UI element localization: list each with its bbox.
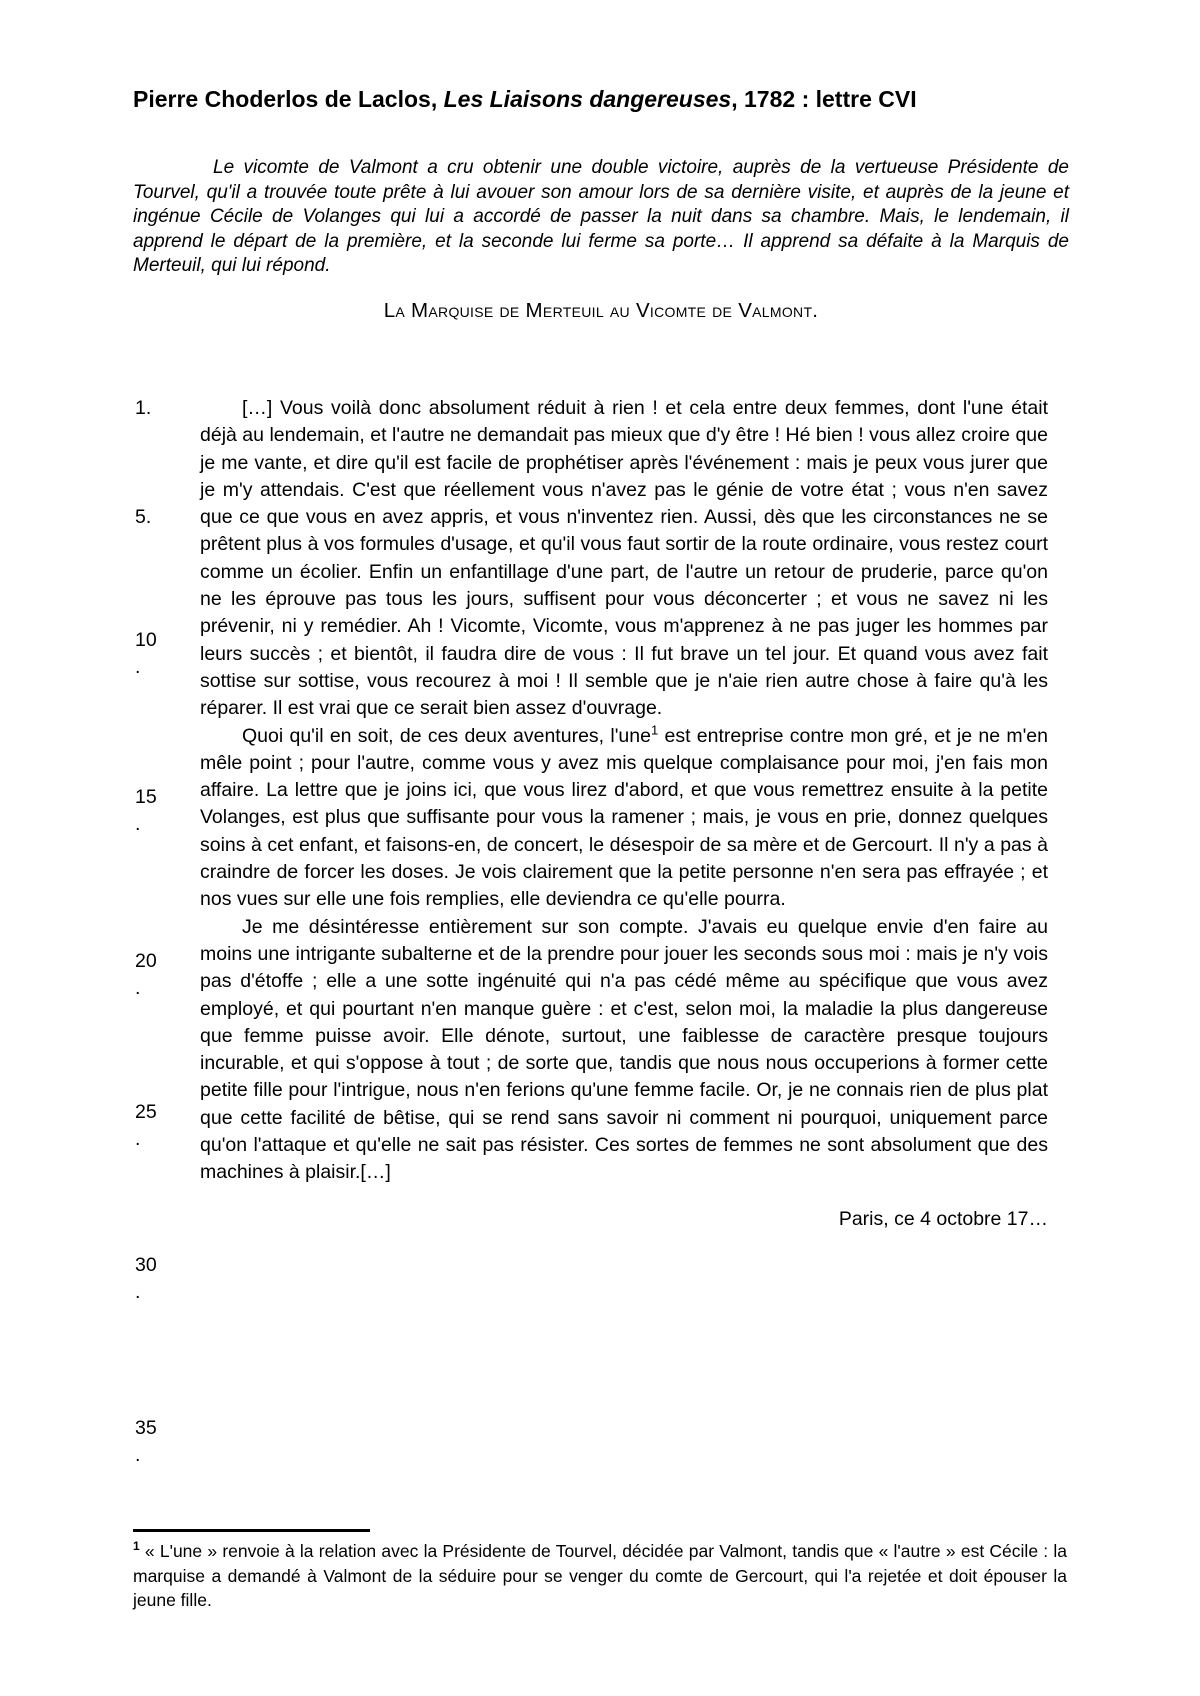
paragraph-2-before-note: Quoi qu'il en soit, de ces deux aventure… — [242, 725, 651, 747]
line-number-15: 15. — [135, 784, 157, 839]
line-number-10: 10. — [135, 627, 157, 682]
line-number-20: 20. — [135, 948, 157, 1003]
letter-text-column: […] Vous voilà donc absolument réduit à … — [200, 395, 1048, 1233]
introduction-paragraph: Le vicomte de Valmont a cru obtenir une … — [133, 156, 1069, 279]
title-work: Les Liaisons dangereuses — [444, 86, 732, 112]
title-rest: , 1782 : lettre CVI — [731, 86, 916, 112]
line-number-5: 5. — [135, 504, 151, 531]
line-number-35: 35. — [135, 1415, 157, 1470]
footnote-separator-rule — [133, 1529, 370, 1532]
footnote: 1 « L'une » renvoie à la relation avec l… — [133, 1539, 1067, 1613]
footnote-number: 1 — [133, 1539, 140, 1553]
page-title: Pierre Choderlos de Laclos, Les Liaisons… — [133, 86, 1073, 113]
footnote-text: « L'une » renvoie à la relation avec la … — [133, 1541, 1067, 1610]
title-author: Pierre Choderlos de Laclos, — [133, 86, 444, 112]
paragraph-2-after-note: est entreprise contre mon gré, et je ne … — [200, 725, 1048, 911]
document-page: { "title": { "author": "Pierre Choderlos… — [0, 0, 1200, 1696]
line-number-25: 25. — [135, 1099, 157, 1154]
letter-heading: La Marquise de Merteuil au Vicomte de Va… — [133, 299, 1069, 323]
line-number-gutter: 1. 5. 10. 15. 20. 25. 30. 35. — [133, 395, 197, 1495]
paragraph-2: Quoi qu'il en soit, de ces deux aventure… — [200, 723, 1048, 914]
paragraph-1: […] Vous voilà donc absolument réduit à … — [200, 395, 1048, 723]
dateline: Paris, ce 4 octobre 17… — [200, 1206, 1048, 1233]
line-number-1: 1. — [135, 395, 151, 422]
paragraph-3: Je me désintéresse entièrement sur son c… — [200, 914, 1048, 1187]
letter-body: 1. 5. 10. 15. 20. 25. 30. 35. […] Vous v… — [133, 395, 1048, 1233]
line-number-30: 30. — [135, 1252, 157, 1307]
